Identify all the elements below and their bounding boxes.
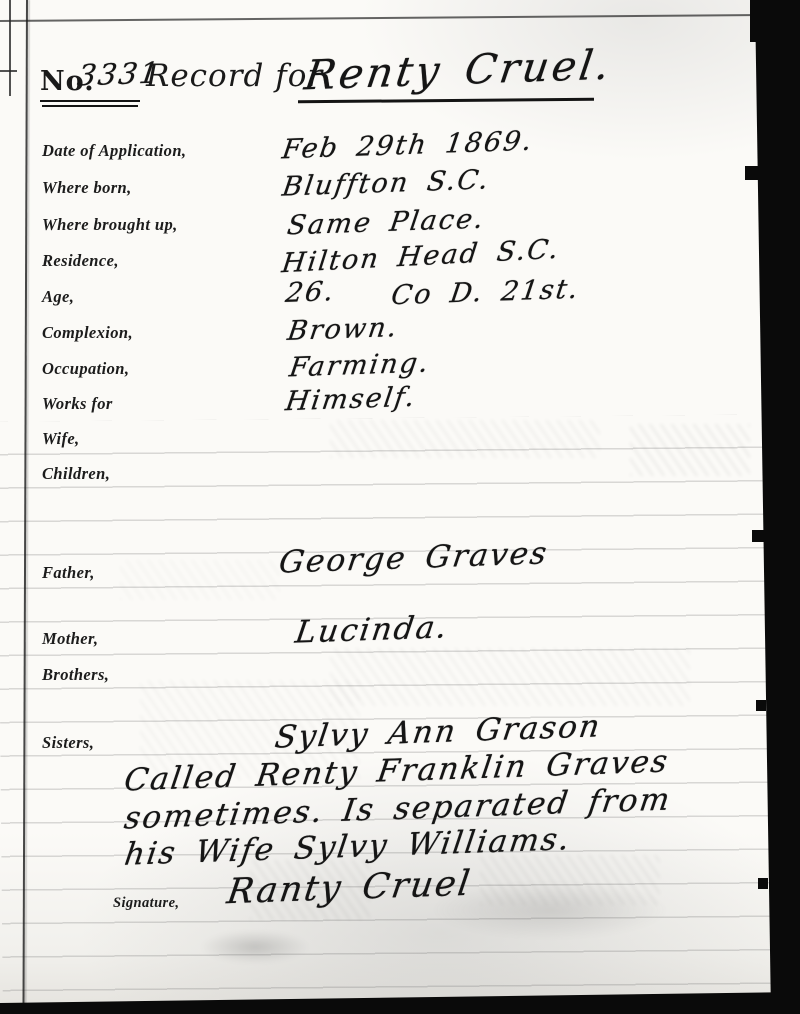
field-value-handwritten: Lucinda. [293,609,451,650]
bleedthrough-mark [200,930,310,964]
scan-edge-notch [752,530,764,542]
number-underline [42,105,138,107]
field-label: Date of Application, [42,141,186,161]
field-label: Sisters, [42,733,94,753]
ruled-lines [0,414,800,1004]
field-value-handwritten: Bluffton S.C. [280,164,492,202]
field-value-handwritten: Same Place. [285,204,487,242]
field-value-handwritten: Feb 29th 1869. [280,126,535,166]
ink-smudge [630,424,750,476]
field-label: Occupation, [42,359,129,379]
field-label: Wife, [42,429,80,449]
field-value-handwritten: Farming. [287,348,432,384]
field-label: Works for [42,394,113,414]
scan-edge-notch [758,878,768,889]
signature-label: Signature, [113,895,179,912]
field-value-handwritten: Hilton Head S.C. [280,234,562,279]
field-label: Father, [42,563,95,583]
scan-left-line [9,0,11,96]
field-label: Children, [42,464,110,484]
scanned-record-page: No. 3331 Record for Renty Cruel. Date of… [0,0,800,1014]
scan-left-tick [0,70,17,72]
record-name: Renty Cruel. [302,41,615,100]
scan-corner-block [750,0,777,42]
field-label: Residence, [42,251,119,271]
field-label: Where brought up, [42,215,178,235]
field-label: Brothers, [42,665,109,685]
scan-top-line [0,14,786,22]
ink-smudge [330,420,600,458]
scan-edge-notch [745,166,759,180]
field-label: Complexion, [42,323,133,343]
scan-edge-notch [756,700,766,711]
ink-smudge [120,560,280,600]
field-label: Mother, [42,629,98,649]
ink-smudge [330,648,690,706]
field-label: Where born, [42,178,132,198]
field-value2-handwritten: Co D. 21st. [389,274,581,312]
field-value-handwritten: Himself. [283,382,418,418]
record-for-label: Record for [146,58,323,94]
field-label: Age, [42,287,74,307]
field-value-handwritten: 26. [284,276,338,309]
name-underline [298,98,594,103]
field-value-handwritten: Brown. [286,312,401,347]
number-underline [40,100,140,102]
